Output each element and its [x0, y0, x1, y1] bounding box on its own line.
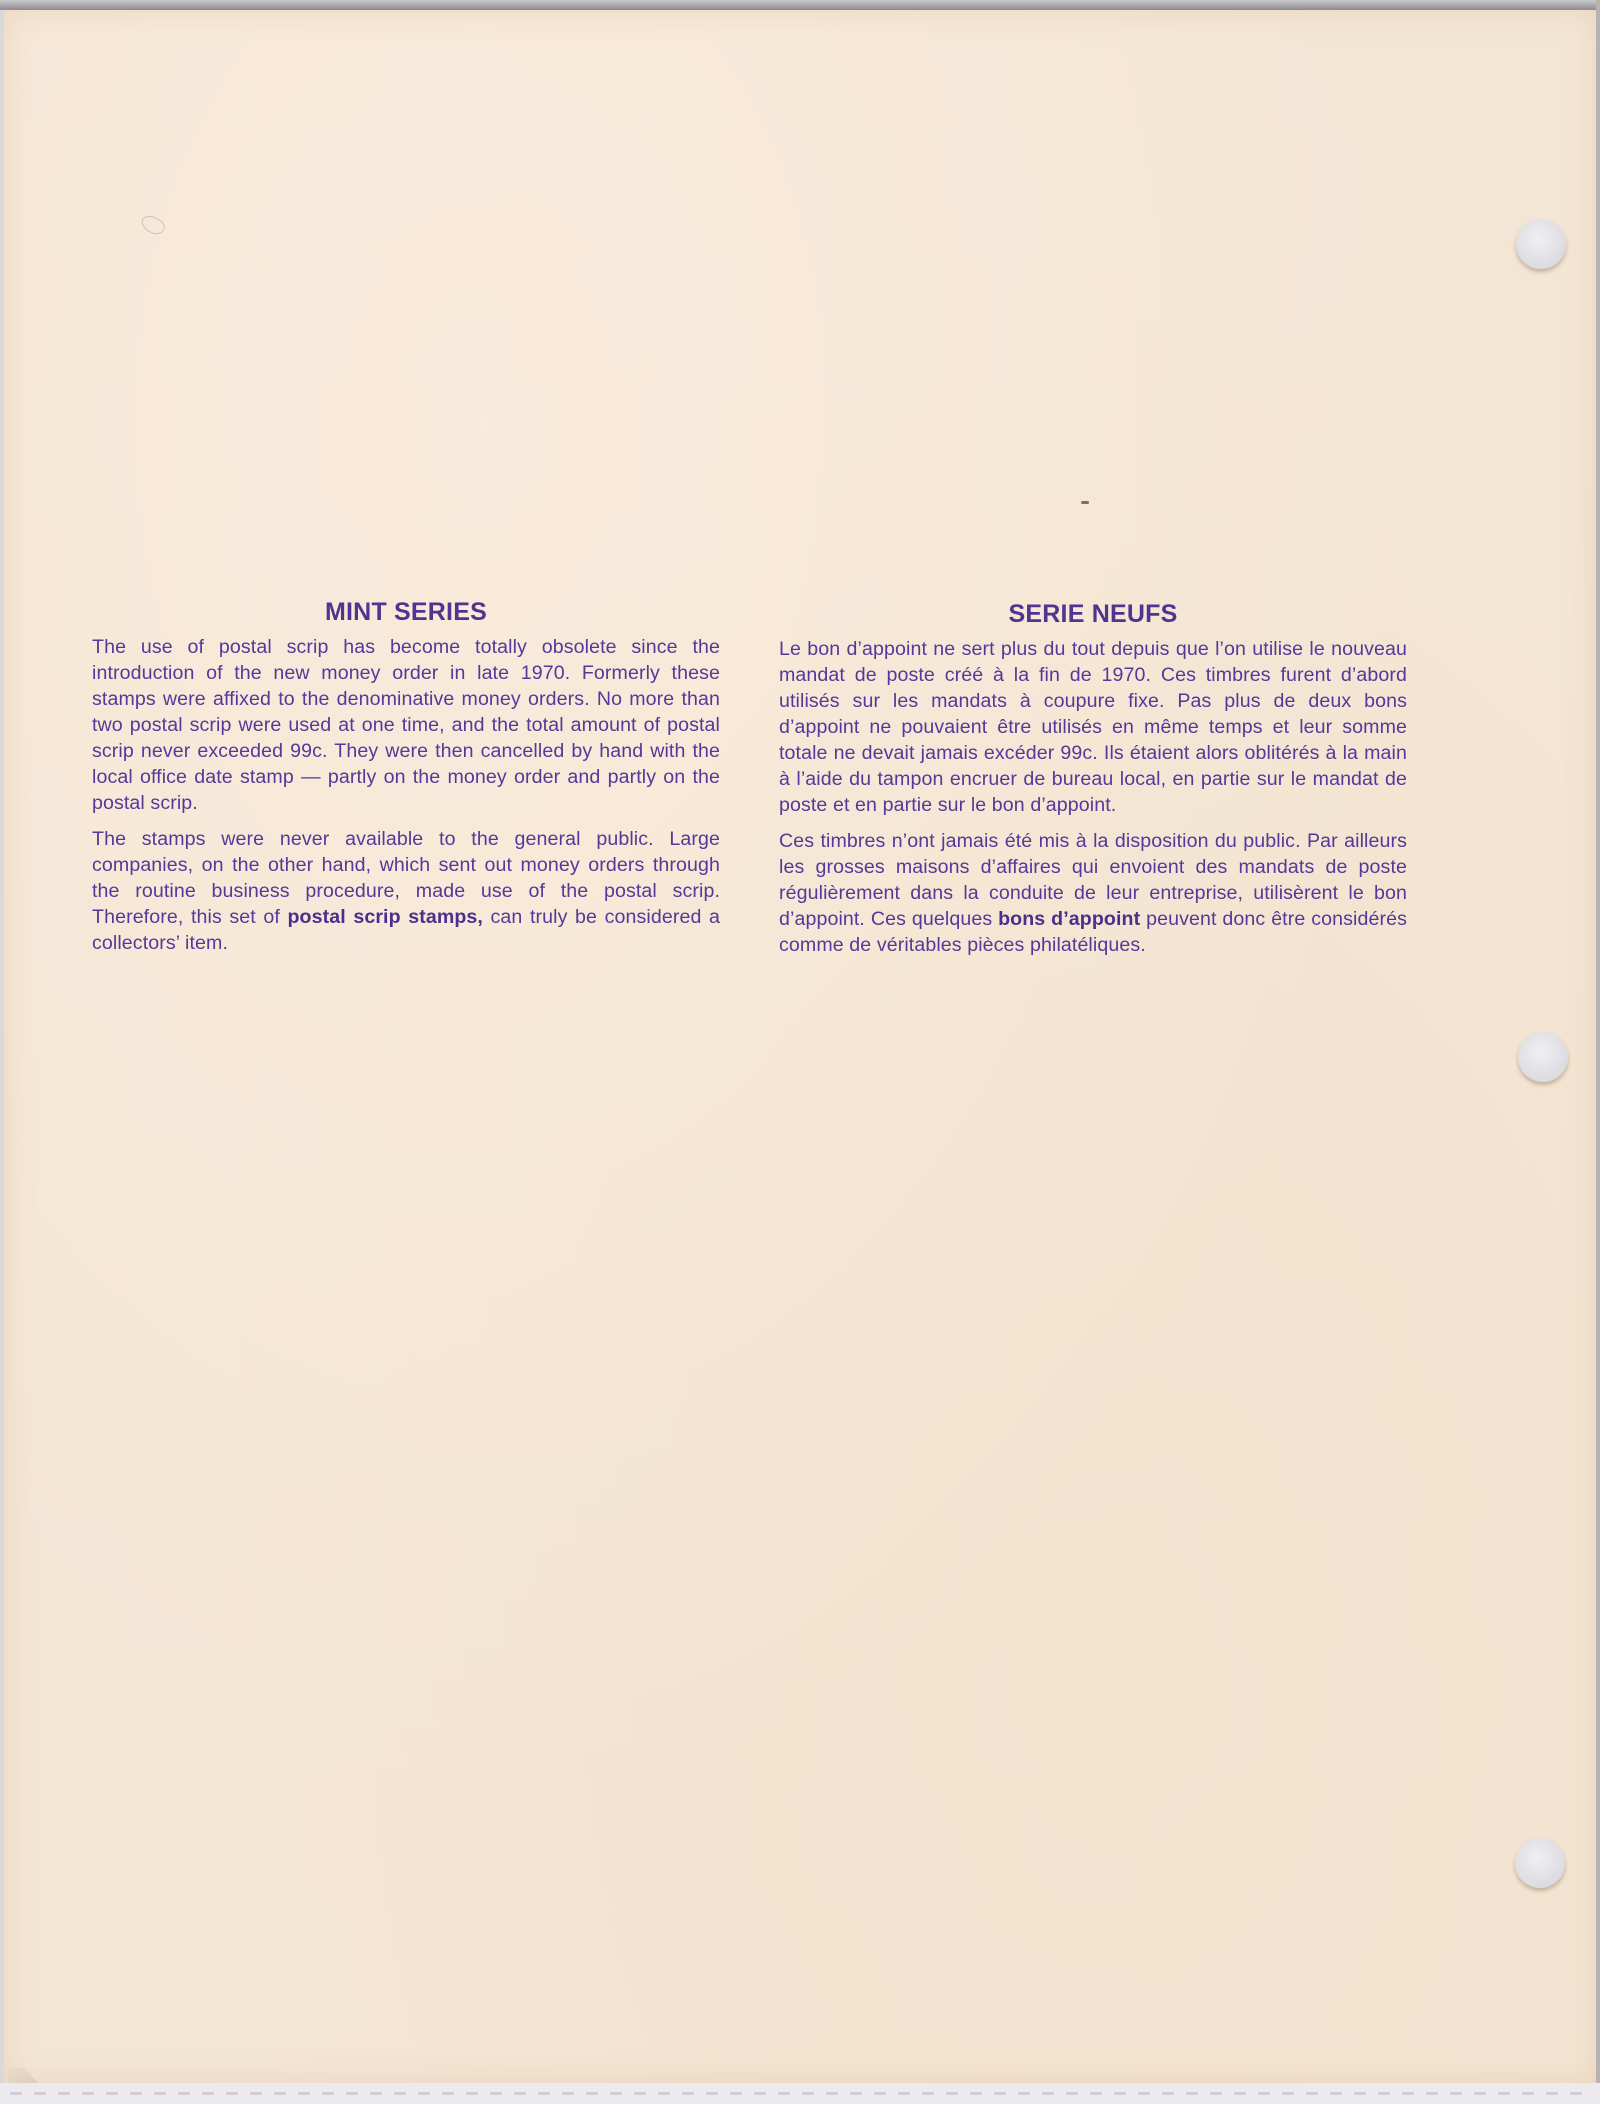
scanner-right-edge	[1596, 0, 1600, 2104]
english-column: MINT SERIES The use of postal scrip has …	[92, 596, 720, 966]
album-page	[4, 10, 1596, 2083]
french-column: SERIE NEUFS Le bon d’appoint ne sert plu…	[779, 598, 1407, 968]
english-paragraph: The stamps were never available to the g…	[92, 826, 720, 956]
pencil-mark	[139, 212, 168, 238]
scanner-bottom-edge	[0, 2083, 1600, 2104]
binder-hole-middle	[1518, 1032, 1568, 1082]
english-paragraph: The use of postal scrip has become total…	[92, 634, 720, 816]
french-paragraph: Ces timbres n’ont jamais été mis à la di…	[779, 828, 1407, 958]
emphasized-text: bons d’appoint	[998, 908, 1140, 930]
paper-speck	[1081, 501, 1089, 504]
english-heading: MINT SERIES	[92, 596, 720, 628]
binder-hole-top	[1516, 219, 1566, 269]
french-heading: SERIE NEUFS	[779, 598, 1407, 630]
binder-hole-bottom	[1515, 1838, 1565, 1888]
french-paragraph: Le bon d’appoint ne sert plus du tout de…	[779, 636, 1407, 818]
scanner-top-edge	[0, 0, 1600, 10]
emphasized-text: postal scrip stamps,	[287, 906, 483, 928]
